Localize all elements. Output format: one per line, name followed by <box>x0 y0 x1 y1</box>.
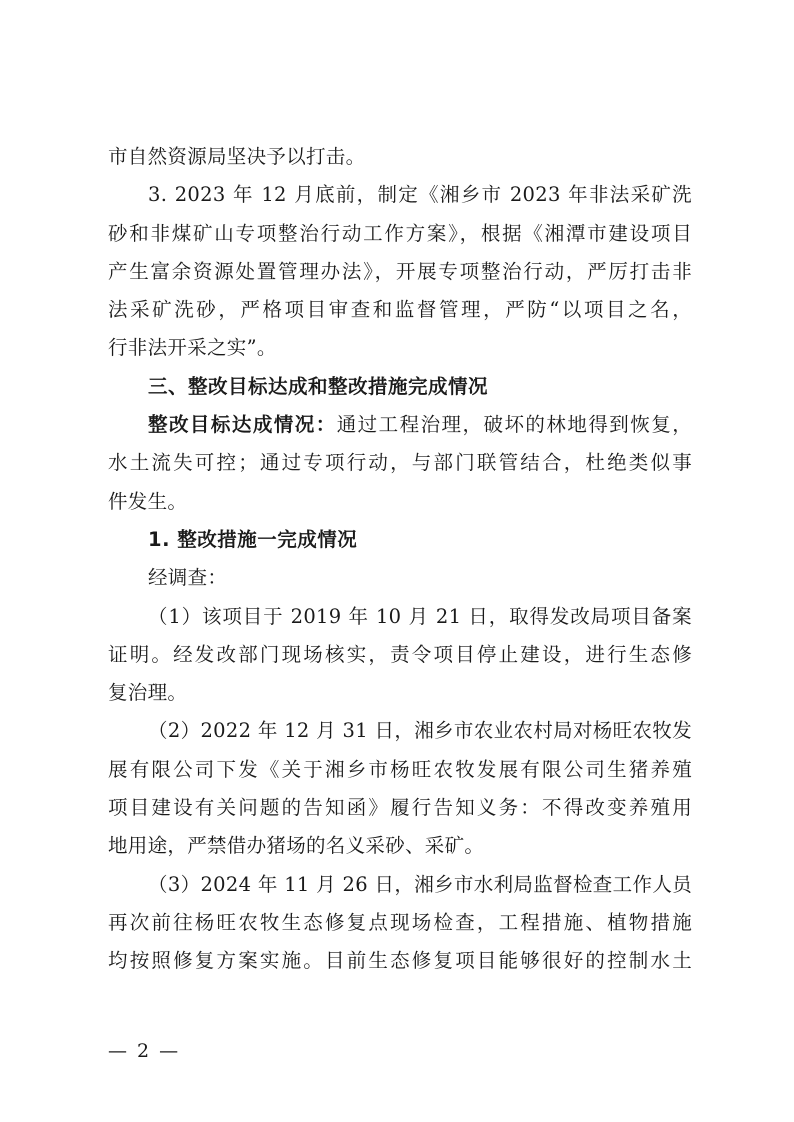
investigation-label: 经调查： <box>108 559 692 597</box>
text-line: 再次前往杨旺农牧生态修复点现场检查，工程措施、植物措施 <box>108 904 692 942</box>
subheading: 1. 整改措施一完成情况 <box>108 521 692 559</box>
text-line: 件发生。 <box>108 483 692 521</box>
text-line: 砂和非煤矿山专项整治行动工作方案》，根据《湘潭市建设项目 <box>108 215 692 253</box>
goal-text: 通过工程治理，破坏的林地得到恢复， <box>337 413 692 436</box>
text-line: 地用途，严禁借办猪场的名义采砂、采矿。 <box>108 827 692 865</box>
text-line: 复治理。 <box>108 674 692 712</box>
text-line: 均按照修复方案实施。目前生态修复项目能够很好的控制水土 <box>108 942 692 980</box>
text-line: 展有限公司下发《关于湘乡市杨旺农牧发展有限公司生猪养殖 <box>108 751 692 789</box>
text-line: 行非法开采之实”。 <box>108 329 692 367</box>
item1-line: （1）该项目于 2019 年 10 月 21 日，取得发改局项目备案 <box>108 598 692 636</box>
text-line: 3. 2023 年 12 月底前，制定《湘乡市 2023 年非法采矿洗 <box>108 176 692 214</box>
item3-line: （3）2024 年 11 月 26 日，湘乡市水利局监督检查工作人员 <box>108 866 692 904</box>
item2-line: （2）2022 年 12 月 31 日，湘乡市农业农村局对杨旺农牧发 <box>108 712 692 750</box>
text-line: 法采矿洗砂，严格项目审查和监督管理，严防“以项目之名， <box>108 291 692 329</box>
text-line: 项目建设有关问题的告知函》履行告知义务：不得改变养殖用 <box>108 789 692 827</box>
text-line: 证明。经发改部门现场核实，责令项目停止建设，进行生态修 <box>108 636 692 674</box>
goal-paragraph-line: 整改目标达成情况：通过工程治理，破坏的林地得到恢复， <box>108 406 692 444</box>
text-line: 产生富余资源处置管理办法》，开展专项整治行动，严厉打击非 <box>108 253 692 291</box>
page-number: — 2 — <box>108 1040 180 1062</box>
text-line: 市自然资源局坚决予以打击。 <box>108 138 692 176</box>
text-line: 水土流失可控；通过专项行动，与部门联管结合，杜绝类似事 <box>108 444 692 482</box>
goal-bold-lead: 整改目标达成情况： <box>148 413 337 436</box>
section-heading: 三、整改目标达成和整改措施完成情况 <box>108 368 692 406</box>
document-page: 市自然资源局坚决予以打击。 3. 2023 年 12 月底前，制定《湘乡市 20… <box>108 138 692 981</box>
